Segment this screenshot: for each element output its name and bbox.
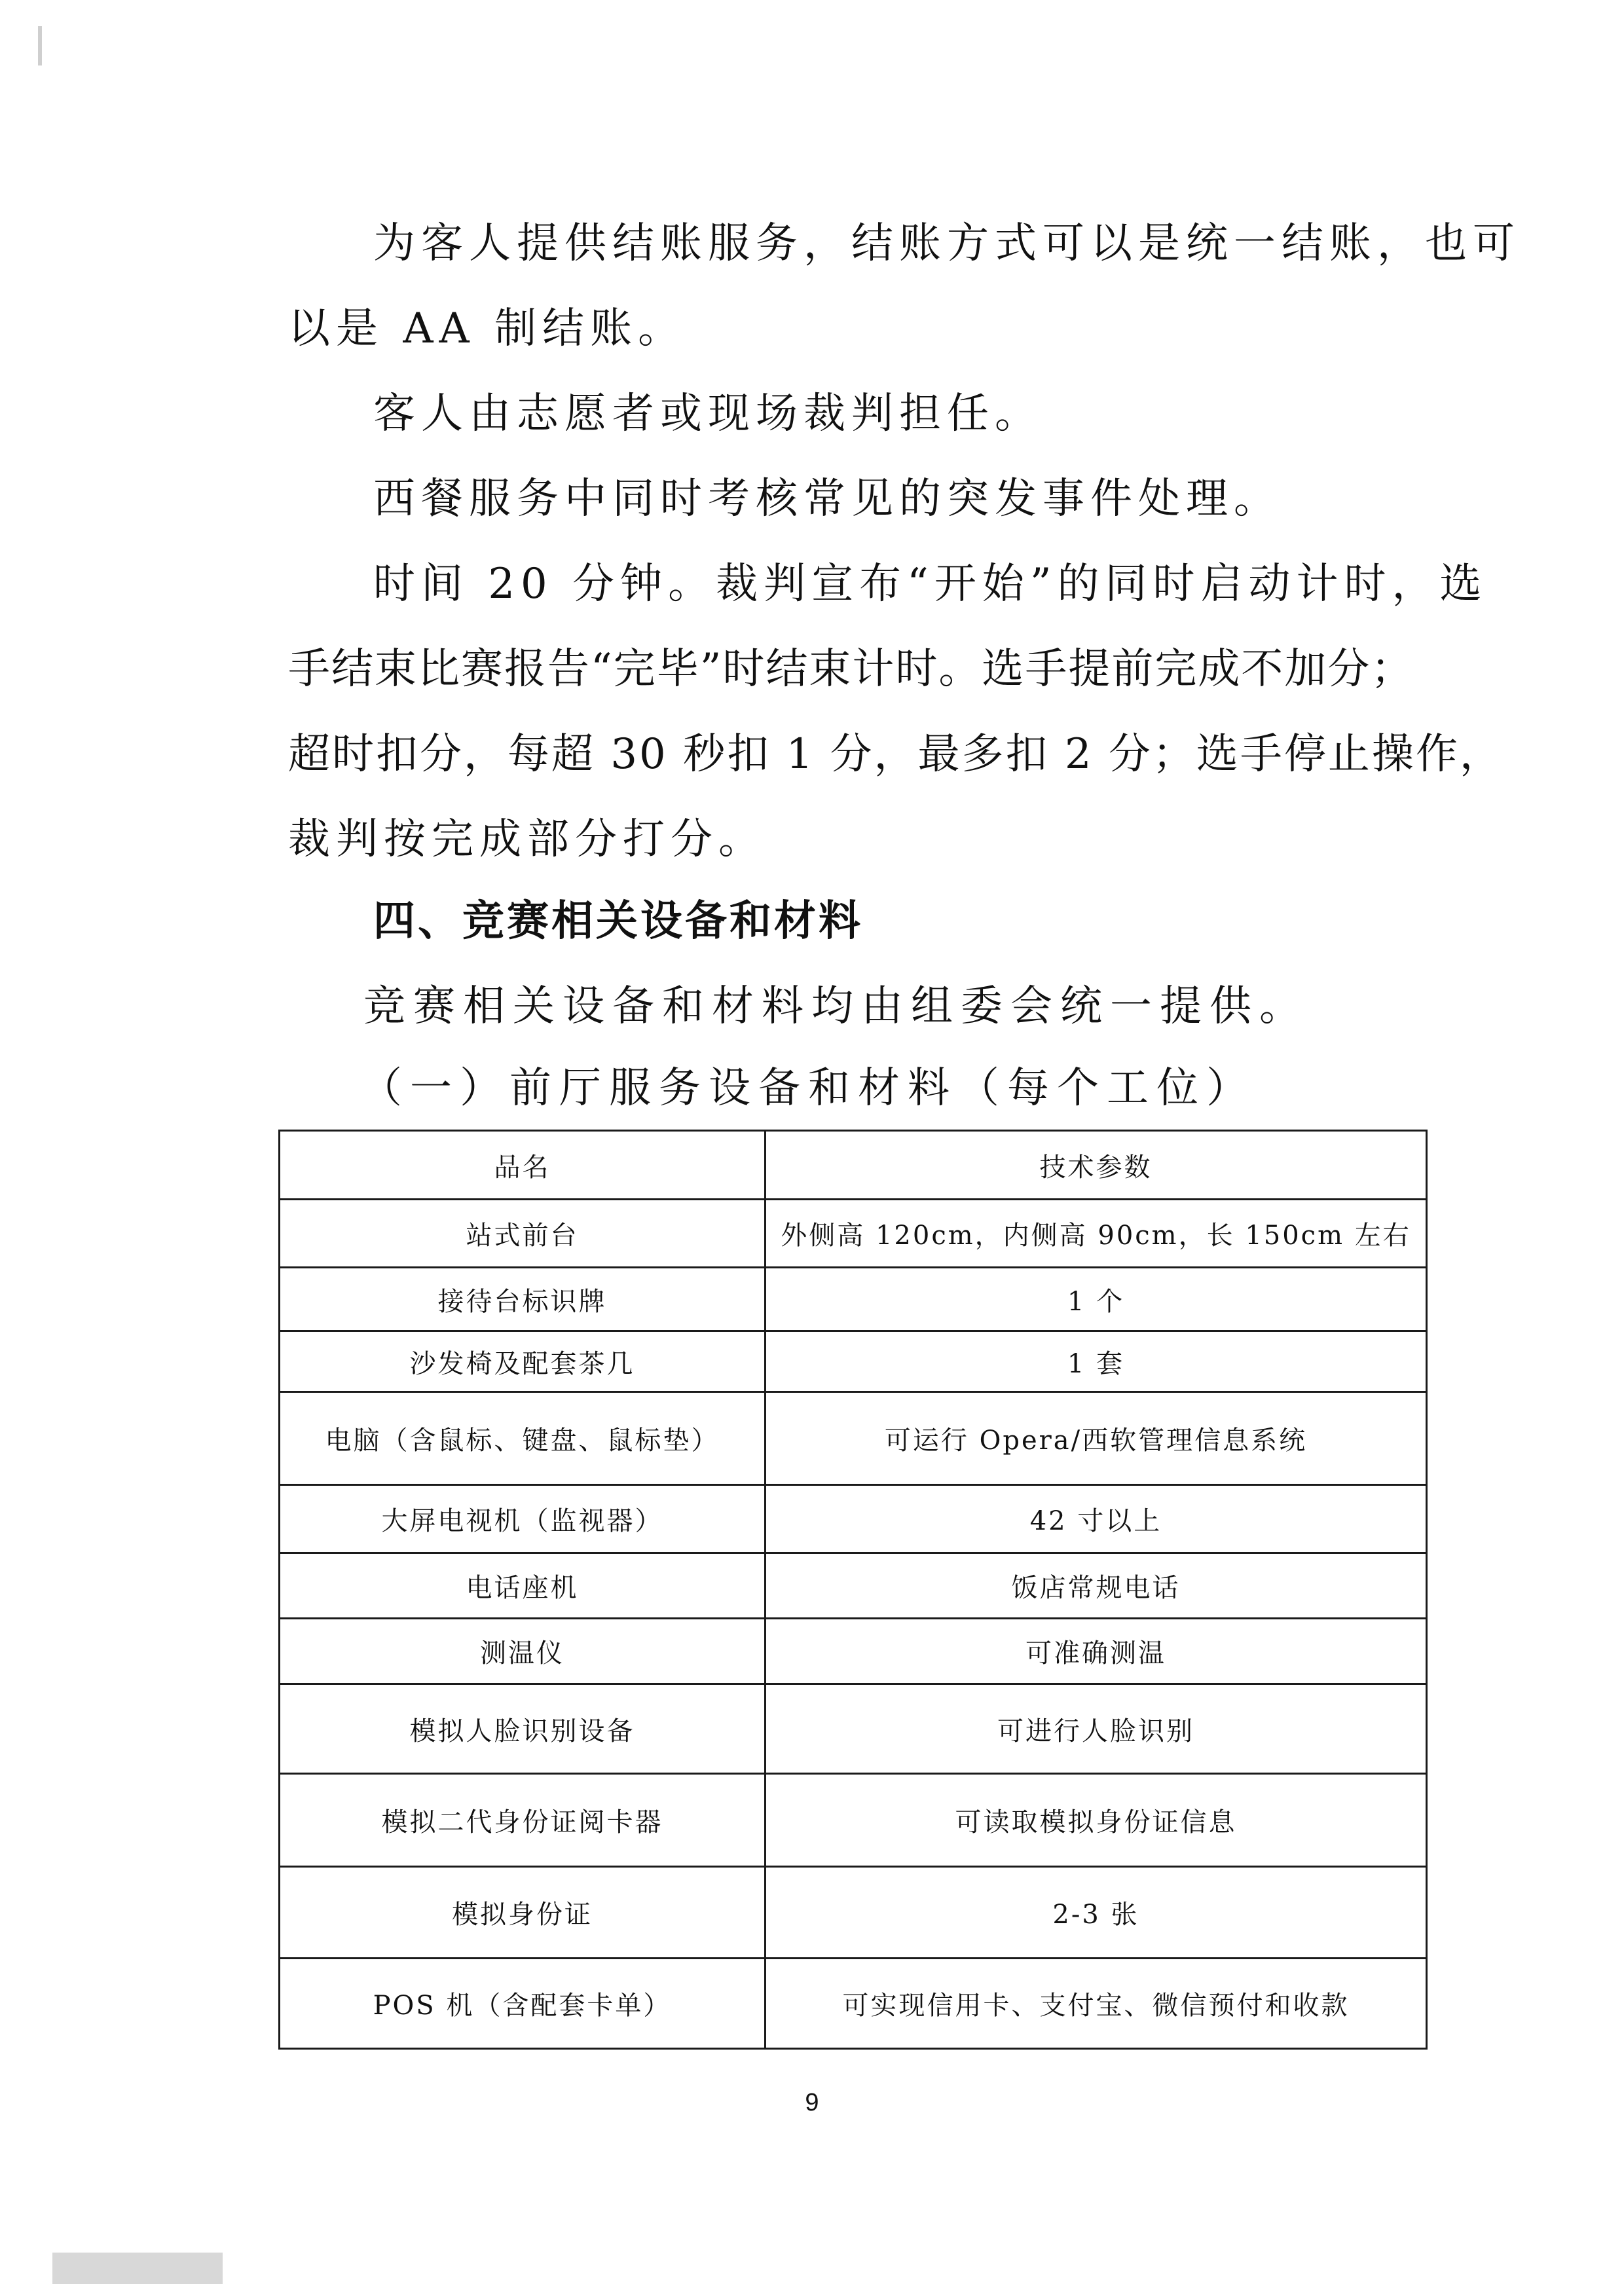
header-tech-spec: 技术参数 [766,1131,1427,1200]
header-item-name: 品名 [280,1131,766,1200]
cell-item-name: 沙发椅及配套茶几 [280,1331,766,1392]
cell-tech-spec: 饭店常规电话 [766,1553,1427,1619]
cell-item-name: 测温仪 [280,1619,766,1684]
paragraph-guests: 客人由志愿者或现场裁判担任。 [373,393,1526,435]
page-number: 9 [0,2089,1624,2117]
table-row: 测温仪 可准确测温 [280,1619,1427,1684]
table-row: 站式前台 外侧高 120cm，内侧高 90cm，长 150cm 左右 [280,1200,1427,1268]
cell-item-name: 电脑（含鼠标、键盘、鼠标垫） [280,1392,766,1485]
table-row: 电脑（含鼠标、键盘、鼠标垫） 可运行 Opera/西软管理信息系统 [280,1392,1427,1485]
cell-item-name: 模拟二代身份证阅卡器 [280,1774,766,1867]
table-row: 接待台标识牌 1 个 [280,1268,1427,1331]
paragraph-emergency: 西餐服务中同时考核常见的突发事件处理。 [373,478,1526,520]
scan-artifact-bottom-left [52,2253,223,2284]
table-row: 模拟人脸识别设备 可进行人脸识别 [280,1684,1427,1774]
cell-tech-spec: 可进行人脸识别 [766,1684,1427,1774]
cell-item-name: POS 机（含配套卡单） [280,1959,766,2049]
equipment-table: 品名 技术参数 站式前台 外侧高 120cm，内侧高 90cm，长 150cm … [278,1130,1428,2050]
cell-item-name: 大屏电视机（监视器） [280,1485,766,1553]
table-row: 沙发椅及配套茶几 1 套 [280,1331,1427,1392]
section-heading: 四、竞赛相关设备和材料 [373,900,1526,942]
paragraph-timing-line-1: 时间 20 分钟。裁判宣布“开始”的同时启动计时，选 [373,563,1526,605]
table-row: 模拟身份证 2-3 张 [280,1867,1427,1959]
table-header-row: 品名 技术参数 [280,1131,1427,1200]
paragraph-checkout-line-1: 为客人提供结账服务，结账方式可以是统一结账，也可 [373,223,1526,265]
paragraph-timing-line-2: 手结束比赛报告“完毕”时结束计时。选手提前完成不加分； [288,648,1441,690]
cell-item-name: 模拟身份证 [280,1867,766,1959]
paragraph-timing-line-3: 超时扣分，每超 30 秒扣 1 分，最多扣 2 分；选手停止操作， [288,733,1441,775]
cell-tech-spec: 可读取模拟身份证信息 [766,1774,1427,1867]
cell-item-name: 模拟人脸识别设备 [280,1684,766,1774]
scan-artifact-top-left [38,26,42,65]
table-row: 模拟二代身份证阅卡器 可读取模拟身份证信息 [280,1774,1427,1867]
section-intro: 竞赛相关设备和材料均由组委会统一提供。 [363,985,1516,1027]
cell-tech-spec: 42 寸以上 [766,1485,1427,1553]
cell-tech-spec: 1 套 [766,1331,1427,1392]
cell-tech-spec: 可实现信用卡、支付宝、微信预付和收款 [766,1959,1427,2049]
cell-item-name: 站式前台 [280,1200,766,1268]
table-row: POS 机（含配套卡单） 可实现信用卡、支付宝、微信预付和收款 [280,1959,1427,2049]
paragraph-timing-line-4: 裁判按完成部分打分。 [288,819,1441,860]
cell-tech-spec: 2-3 张 [766,1867,1427,1959]
subsection-heading: （一）前厅服务设备和材料（每个工位） [360,1067,1513,1109]
cell-tech-spec: 1 个 [766,1268,1427,1331]
cell-tech-spec: 可准确测温 [766,1619,1427,1684]
cell-tech-spec: 可运行 Opera/西软管理信息系统 [766,1392,1427,1485]
table-row: 电话座机 饭店常规电话 [280,1553,1427,1619]
cell-tech-spec: 外侧高 120cm，内侧高 90cm，长 150cm 左右 [766,1200,1427,1268]
cell-item-name: 电话座机 [280,1553,766,1619]
paragraph-checkout-line-2: 以是 AA 制结账。 [288,308,1441,350]
table-row: 大屏电视机（监视器） 42 寸以上 [280,1485,1427,1553]
cell-item-name: 接待台标识牌 [280,1268,766,1331]
